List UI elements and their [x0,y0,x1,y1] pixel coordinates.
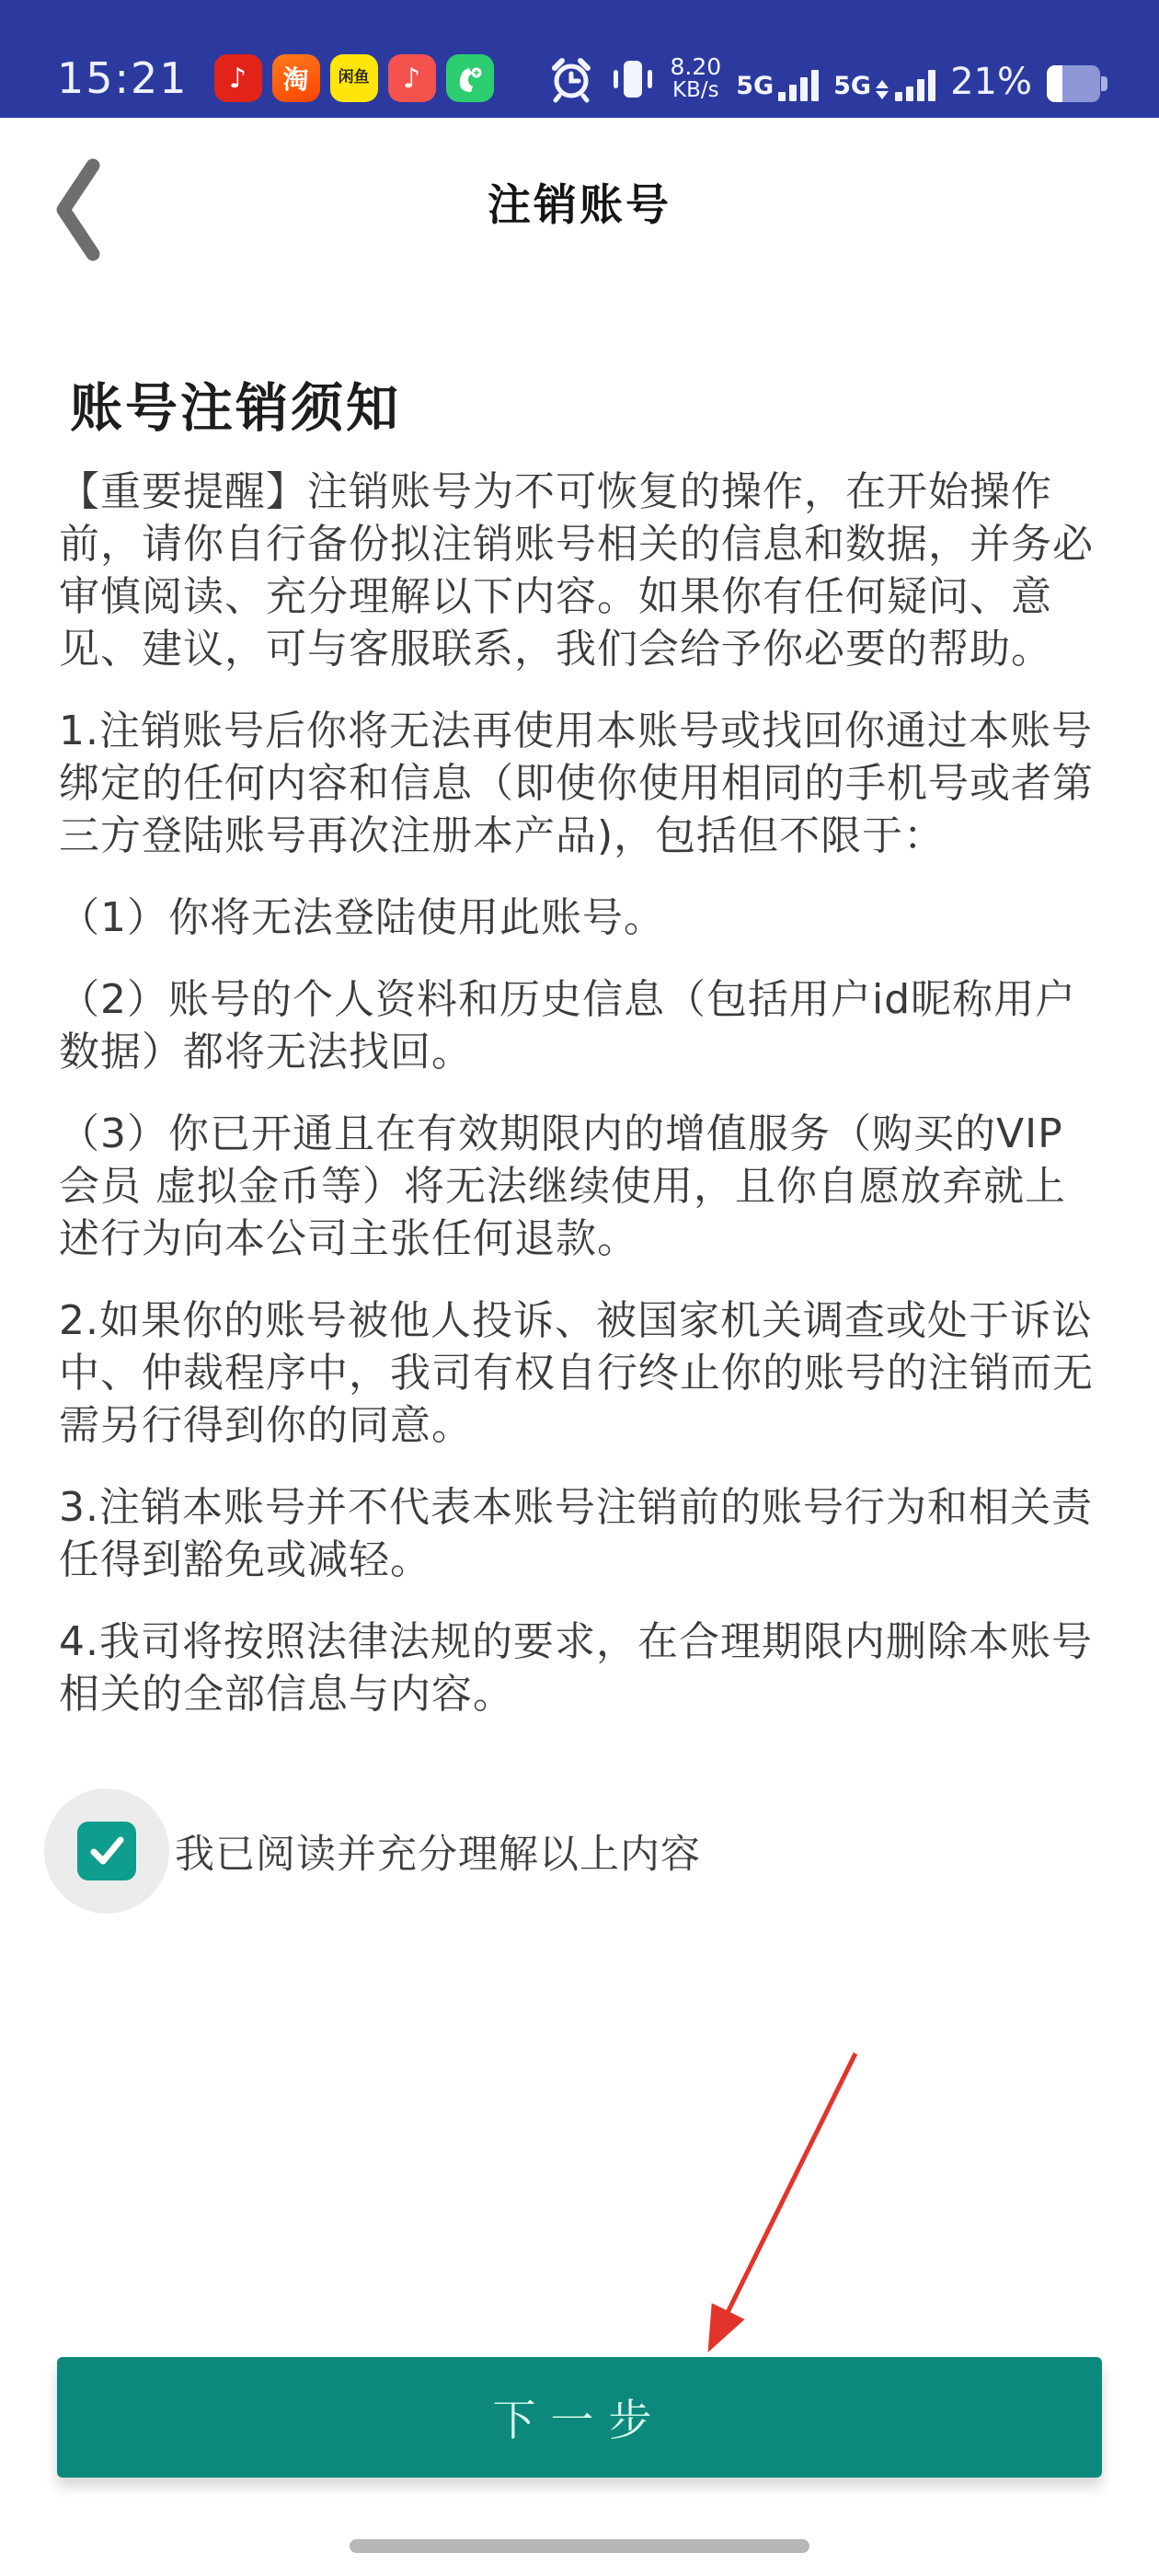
battery-percent: 21% [950,61,1032,103]
checkbox-ripple-halo [44,1788,169,1914]
phone-app-icon [446,54,494,102]
alarm-icon [547,55,595,103]
taobao-icon: 淘 [272,54,320,102]
douyin-icon: ♪ [388,54,436,102]
agree-checkbox-label: 我已阅读并充分理解以上内容 [175,1823,701,1880]
terms-paragraph-1: 1.注销账号后你将无法再使用本账号或找回你通过本账号绑定的任何内容和信息（即使你… [59,705,1100,862]
notification-app-icons: ♪ 淘 闲鱼 ♪ [214,54,494,102]
gesture-navigation-bar[interactable] [350,2539,809,2553]
notice-heading: 账号注销须知 [70,366,401,442]
app-header: 注销账号 [0,118,1159,285]
network-speed-unit: KB/s [671,79,722,101]
terms-text: 【重要提醒】注销账号为不可恢复的操作，在开始操作前，请你自行备份拟注销账号相关的… [59,466,1100,1750]
sim2-signal: 5G [833,68,935,101]
agree-checkbox-row[interactable]: 我已阅读并充分理解以上内容 [44,1788,701,1914]
data-activity-arrows-icon [876,80,889,99]
phone-handset-icon [454,63,486,94]
red-annotation-arrow [671,2015,883,2374]
terms-paragraph-4: 4.我司将按照法律法规的要求，在合理期限内删除本账号相关的全部信息与内容。 [59,1616,1100,1720]
vibrate-icon [610,55,656,103]
checkmark-icon [86,1831,127,1871]
terms-paragraph-1-2: （2）账号的个人资料和历史信息（包括用户id昵称用户数据）都将无法找回。 [59,973,1100,1078]
clock-time: 15:21 [57,53,189,103]
next-step-button-label: 下一步 [493,2386,667,2448]
account-deletion-screen: 15:21 ♪ 淘 闲鱼 ♪ [0,0,1159,2576]
terms-paragraph-1-1: （1）你将无法登陆使用此账号。 [59,891,1100,944]
xianyu-icon: 闲鱼 [330,54,378,102]
sim2-network-type: 5G [833,74,871,98]
terms-paragraph-3: 3.注销本账号并不代表本账号注销前的账号行为和相关责任得到豁免或减轻。 [59,1481,1100,1586]
sim1-signal: 5G [736,68,819,101]
terms-paragraph-2: 2.如果你的账号被他人投诉、被国家机关调查或处于诉讼中、仲裁程序中，我司有权自行… [59,1294,1100,1452]
page-title: 注销账号 [0,171,1159,233]
status-bar: 15:21 ♪ 淘 闲鱼 ♪ [0,0,1159,118]
network-speed-value: 8.20 [671,55,722,79]
agree-checkbox[interactable] [77,1822,136,1880]
sim1-network-type: 5G [736,74,774,98]
sim1-signal-bars [778,68,819,101]
network-speed: 8.20 KB/s [671,55,722,101]
netease-music-icon: ♪ [214,54,262,102]
sim2-signal-bars [895,68,935,101]
terms-paragraph-1-3: （3）你已开通且在有效期限内的增值服务（购买的VIP会员 虚拟金币等）将无法继续… [59,1108,1100,1265]
terms-paragraph-important-notice: 【重要提醒】注销账号为不可恢复的操作，在开始操作前，请你自行备份拟注销账号相关的… [59,466,1100,675]
next-step-button[interactable]: 下一步 [57,2357,1102,2478]
battery-icon [1047,65,1107,102]
